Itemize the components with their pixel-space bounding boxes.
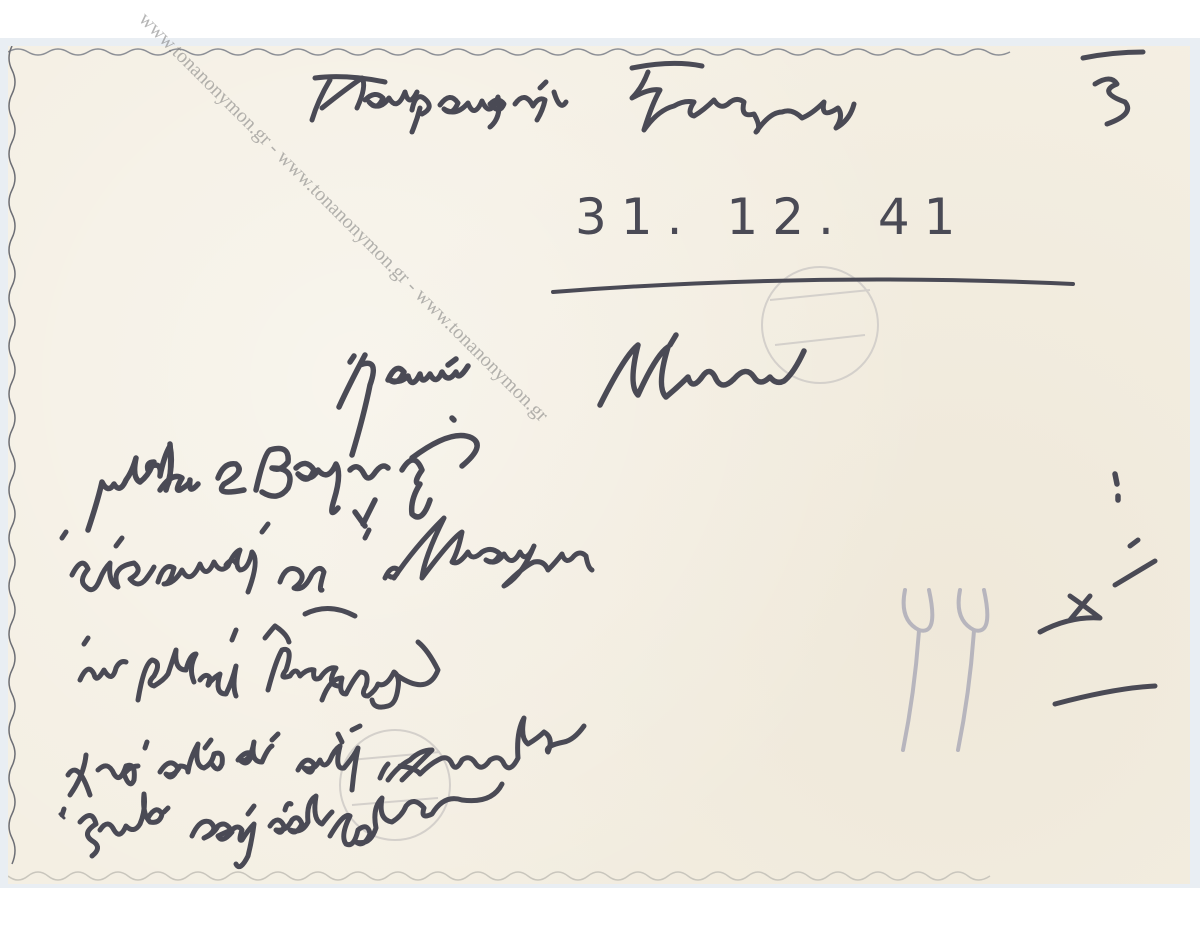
stamp-label: LEONAR xyxy=(780,300,871,324)
body-line-3: έχω άγνωρο στη Προσφοράν μιά xyxy=(65,545,828,599)
heading-text: Παραμονή Πρωτοχρονιάς xyxy=(310,68,832,114)
body-line-2: μπλέξ' από 2 Βασιλικά xyxy=(85,455,645,511)
pencil-number: 44 xyxy=(900,600,976,670)
body-line-4: ένα σπιτάκι στη φωτιά μας xyxy=(75,640,717,694)
body-line-6: ξανά φορές από την γέροντα xyxy=(65,800,738,854)
body-line-5: χωρίς αυτό θα είχα τελειώσει xyxy=(65,730,766,784)
document-date: 31. 12. 41 xyxy=(575,188,969,246)
body-line-1: Αγαπητή Μέλισσα xyxy=(340,345,789,401)
heading-underline xyxy=(553,280,1073,293)
